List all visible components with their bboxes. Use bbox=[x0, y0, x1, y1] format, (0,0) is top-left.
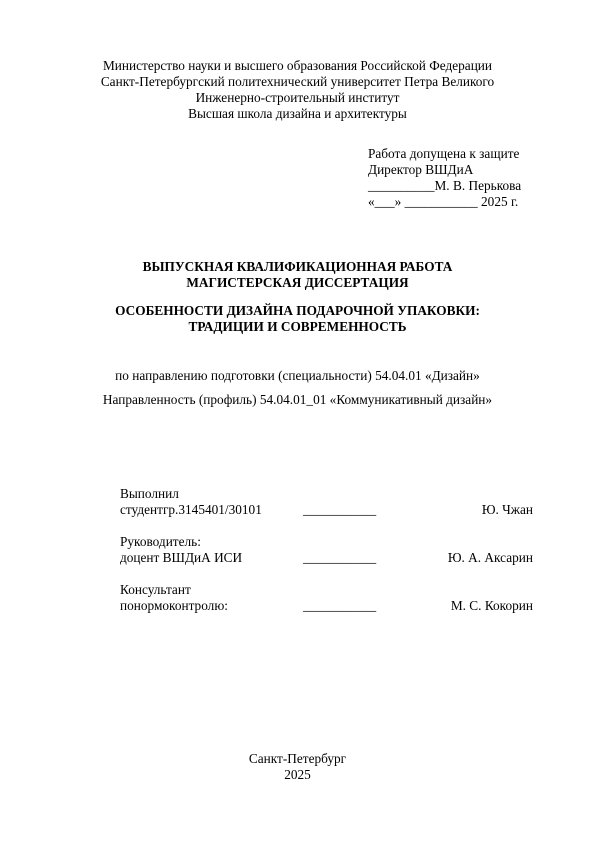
profile-line: Направленность (профиль) 54.04.01_01 «Ко… bbox=[0, 392, 595, 408]
approval-line-signature: __________М. В. Перькова bbox=[368, 178, 521, 194]
work-type-line2: МАГИСТЕРСКАЯ ДИССЕРТАЦИЯ bbox=[0, 275, 595, 291]
header-line-school: Высшая школа дизайна и архитектуры bbox=[0, 106, 595, 122]
direction-line: по направлению подготовки (специальности… bbox=[0, 368, 595, 384]
signature-label: студентгр.3145401/30101 bbox=[120, 502, 262, 518]
signature-name: Ю. Чжан bbox=[482, 502, 533, 518]
signature-row-consultant: понормоконтролю: ___________ М. С. Кокор… bbox=[120, 598, 533, 614]
footer-year: 2025 bbox=[0, 767, 595, 783]
approval-line-director: Директор ВШДиА bbox=[368, 162, 473, 178]
header-line-university: Санкт-Петербургский политехнический унив… bbox=[0, 74, 595, 90]
signature-name: М. С. Кокорин bbox=[451, 598, 533, 614]
signature-row-student: студентгр.3145401/30101 ___________ Ю. Ч… bbox=[120, 502, 533, 518]
footer-city: Санкт-Петербург bbox=[0, 751, 595, 767]
thesis-title-line2: ТРАДИЦИИ И СОВРЕМЕННОСТЬ bbox=[0, 319, 595, 335]
signature-blank: ___________ bbox=[303, 502, 376, 518]
work-type-line1: ВЫПУСКНАЯ КВАЛИФИКАЦИОННАЯ РАБОТА bbox=[0, 259, 595, 275]
signature-role-consultant: Консультант bbox=[120, 582, 191, 598]
header-line-ministry: Министерство науки и высшего образования… bbox=[0, 58, 595, 74]
approval-line-date: «___» ___________ 2025 г. bbox=[368, 194, 518, 210]
signature-role-supervisor: Руководитель: bbox=[120, 534, 201, 550]
signature-label: понормоконтролю: bbox=[120, 598, 228, 614]
signature-name: Ю. А. Аксарин bbox=[448, 550, 533, 566]
signature-role-student: Выполнил bbox=[120, 486, 179, 502]
signature-blank: ___________ bbox=[303, 550, 376, 566]
signature-row-supervisor: доцент ВШДиА ИСИ ___________ Ю. А. Аксар… bbox=[120, 550, 533, 566]
signature-label: доцент ВШДиА ИСИ bbox=[120, 550, 242, 566]
thesis-title-line1: ОСОБЕННОСТИ ДИЗАЙНА ПОДАРОЧНОЙ УПАКОВКИ: bbox=[0, 303, 595, 319]
header-line-institute: Инженерно-строительный институт bbox=[0, 90, 595, 106]
signature-blank: ___________ bbox=[303, 598, 376, 614]
approval-line-admitted: Работа допущена к защите bbox=[368, 146, 519, 162]
